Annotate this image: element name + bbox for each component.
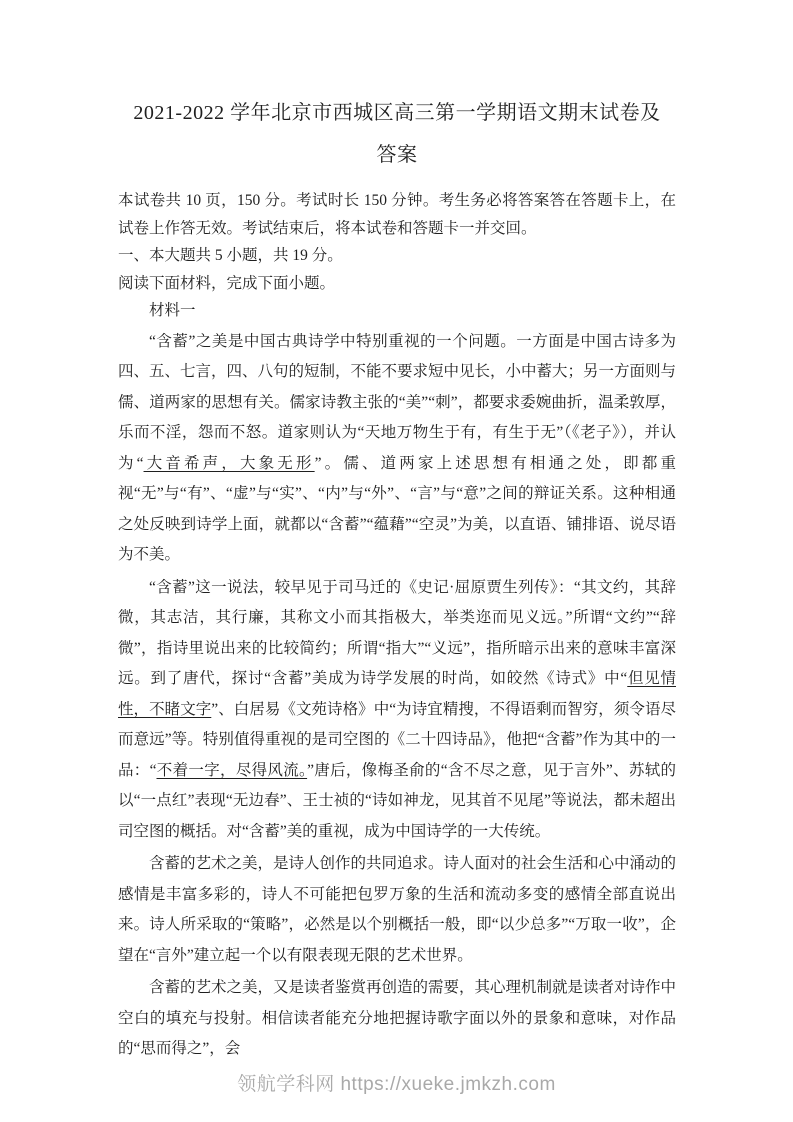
text-segment: 一、本大题共 5 小题，共 19 分。 bbox=[118, 247, 343, 264]
body-paragraph-3: 含蓄的艺术之美，是诗人创作的共同追求。诗人面对的社会生活和心中涌动的感情是丰富多… bbox=[118, 849, 676, 971]
underlined-text-segment: 不着一字，尽得风流。 bbox=[157, 762, 308, 779]
text-segment: 含蓄的艺术之美，又是读者鉴赏再创造的需要，其心理机制就是读者对诗作中空白的填充与… bbox=[118, 979, 676, 1057]
text-segment: 材料一 bbox=[149, 302, 196, 319]
text-segment: 阅读下面材料，完成下面小题。 bbox=[118, 275, 335, 292]
body-paragraph-1: “含蓄”之美是中国古典诗学中特别重视的一个问题。一方面是中国古诗多为四、五、七言… bbox=[118, 327, 676, 571]
page-title-line2: 答案 bbox=[377, 144, 418, 166]
text-segment: “含蓄”之美是中国古典诗学中特别重视的一个问题。一方面是中国古诗多为四、五、七言… bbox=[118, 333, 676, 472]
text-segment: “含蓄”这一说法，较早见于司马迁的《史记·屈原贾生列传》：“其文约，其辞微，其志… bbox=[118, 579, 676, 688]
material-label: 材料一 bbox=[118, 297, 676, 325]
exam-info-paragraph: 本试卷共 10 页，150 分。考试时长 150 分钟。考生务必将答案答在答题卡… bbox=[118, 187, 676, 242]
body-paragraph-2: “含蓄”这一说法，较早见于司马迁的《史记·屈原贾生列传》：“其文约，其辞微，其志… bbox=[118, 573, 676, 848]
underlined-text-segment: 大音希声，大象无形 bbox=[144, 455, 315, 472]
text-segment: 含蓄的艺术之美，是诗人创作的共同追求。诗人面对的社会生活和心中涌动的感情是丰富多… bbox=[118, 855, 676, 964]
section-heading: 一、本大题共 5 小题，共 19 分。 bbox=[118, 242, 676, 270]
document-content: 2021-2022 学年北京市西城区高三第一学期语文期末试卷及 答案 本试卷共 … bbox=[118, 92, 676, 1065]
page-title-line1: 2021-2022 学年北京市西城区高三第一学期语文期末试卷及 bbox=[133, 102, 660, 124]
body-paragraph-4: 含蓄的艺术之美，又是读者鉴赏再创造的需要，其心理机制就是读者对诗作中空白的填充与… bbox=[118, 973, 676, 1065]
watermark-text: 领航学科网 https://xueke.jmkzh.com bbox=[237, 1074, 556, 1095]
page-title: 2021-2022 学年北京市西城区高三第一学期语文期末试卷及 答案 bbox=[118, 92, 676, 176]
document-page: 2021-2022 学年北京市西城区高三第一学期语文期末试卷及 答案 本试卷共 … bbox=[0, 0, 793, 1122]
reading-instruction: 阅读下面材料，完成下面小题。 bbox=[118, 270, 676, 298]
watermark: 领航学科网 https://xueke.jmkzh.com bbox=[0, 1069, 793, 1096]
text-segment: 本试卷共 10 页，150 分。考试时长 150 分钟。考生务必将答案答在答题卡… bbox=[118, 192, 676, 237]
